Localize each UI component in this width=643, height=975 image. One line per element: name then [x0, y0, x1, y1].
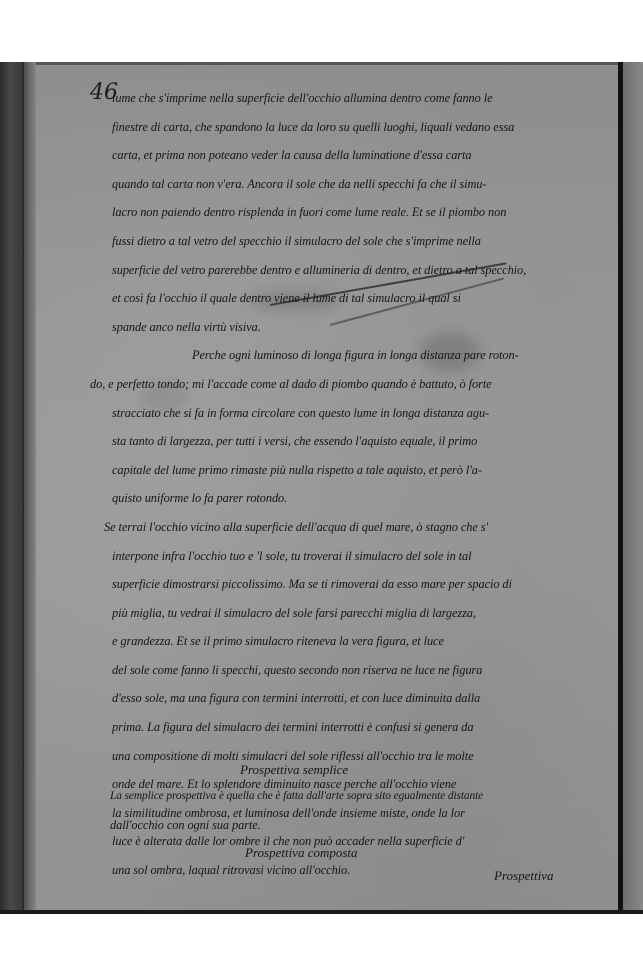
text-line: capitale del lume primo rimaste più null…: [112, 456, 617, 485]
text-line: finestre di carta, che spandono la luce …: [112, 113, 617, 142]
text-line: una compositione di molti simulacri del …: [112, 742, 617, 771]
simple-perspective-text: La semplice prospettiva è quella che è f…: [110, 782, 615, 839]
text-line: stracciato che si fa in forma circolare …: [112, 399, 617, 428]
binding-fold-line: [22, 62, 24, 910]
text-line: Se terrai l'occhio vicino alla superfici…: [104, 513, 617, 542]
catchword: Prospettiva: [494, 868, 553, 884]
section-heading-composite-perspective: Prospettiva composta: [245, 845, 358, 861]
text-line: carta, et prima non poteano veder la cau…: [112, 141, 617, 170]
text-line: sta tanto di largezza, per tutti i versi…: [112, 427, 617, 456]
text-line: do, e perfetto tondo; mi l'accade come a…: [90, 370, 617, 399]
text-line: superficie del vetro parerebbe dentro e …: [112, 256, 617, 285]
section-heading-simple-perspective: Prospettiva semplice: [240, 762, 348, 778]
text-line: più miglia, tu vedrai il simulacro del s…: [112, 599, 617, 628]
manuscript-page-scan: 46 lume che s'imprime nella superficie d…: [0, 62, 643, 914]
text-line: spande anco nella virtù visiva.: [112, 313, 617, 342]
right-page-edge: [623, 62, 643, 910]
text-line: lume che s'imprime nella superficie dell…: [112, 84, 617, 113]
text-line: superficie dimostrarsi piccolissimo. Ma …: [112, 570, 617, 599]
manuscript-body: lume che s'imprime nella superficie dell…: [112, 84, 617, 885]
text-line: fussi dietro a tal vetro del specchio il…: [112, 227, 617, 256]
page-top-edge: [0, 62, 643, 65]
text-line: quando tal carta non v'era. Ancora il so…: [112, 170, 617, 199]
text-line: e grandezza. Et se il primo simulacro ri…: [112, 627, 617, 656]
text-line: interpone infra l'occhio tuo e 'l sole, …: [112, 542, 617, 571]
text-line: dall'occhio con ogni sua parte.: [110, 811, 615, 840]
text-line: del sole come fanno li specchi, questo s…: [112, 656, 617, 685]
chapter-heading-line: Perche ogni luminoso di longa figura in …: [112, 341, 617, 370]
text-line: La semplice prospettiva è quella che è f…: [110, 782, 615, 811]
text-line: prima. La figura del simulacro dei termi…: [112, 713, 617, 742]
text-line: quisto uniforme lo fa parer rotondo.: [112, 484, 617, 513]
text-line: lacro non paiendo dentro risplenda in fu…: [112, 198, 617, 227]
book-binding-edge: [0, 62, 36, 910]
text-line: d'esso sole, ma una figura con termini i…: [112, 684, 617, 713]
